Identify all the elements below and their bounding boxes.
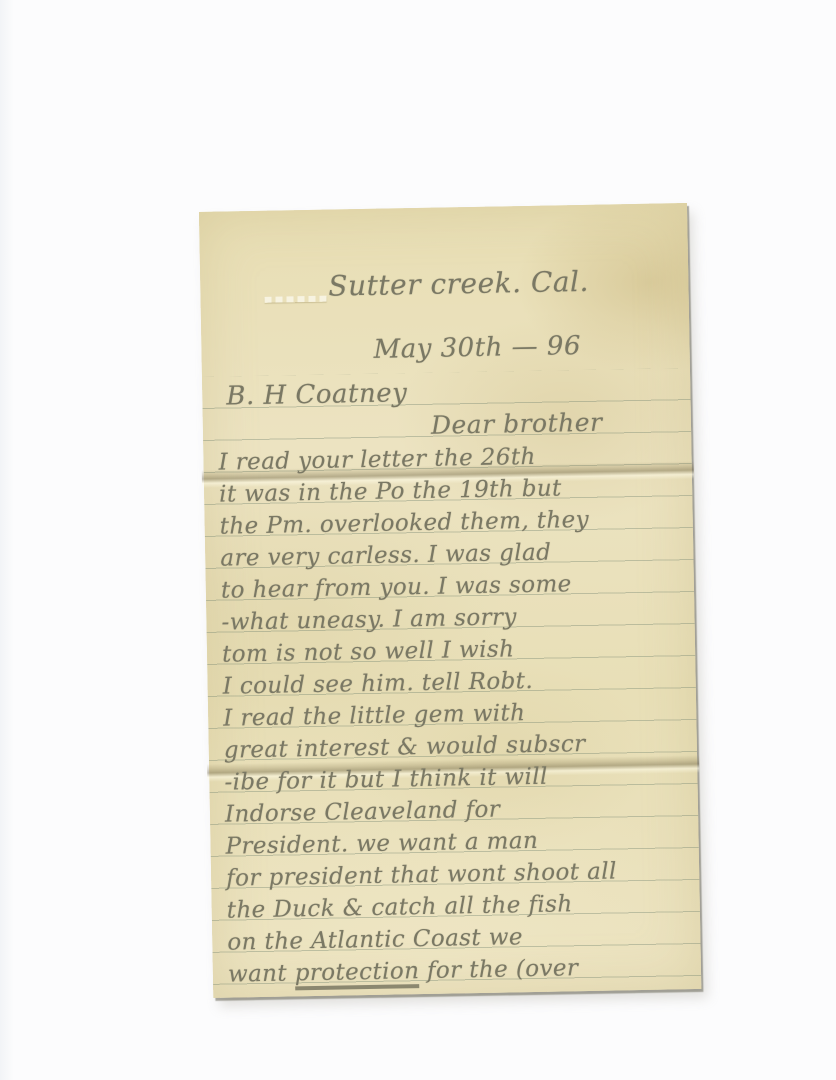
letter-date: May 30th — 96 <box>373 331 581 365</box>
letter-recipient: B. H Coatney <box>226 378 407 411</box>
letter-place: Sutter creek. Cal. <box>328 265 589 303</box>
scanned-letter-background: Sutter creek. Cal. May 30th — 96 B. H Co… <box>0 0 836 1080</box>
letter-greeting: Dear brother <box>431 408 603 440</box>
stitch-marks <box>265 296 327 303</box>
underlined-word: protection <box>295 958 420 990</box>
letter-body: I read your letter the 26thit was in the… <box>218 438 693 990</box>
letter-page: Sutter creek. Cal. May 30th — 96 B. H Co… <box>199 203 701 998</box>
